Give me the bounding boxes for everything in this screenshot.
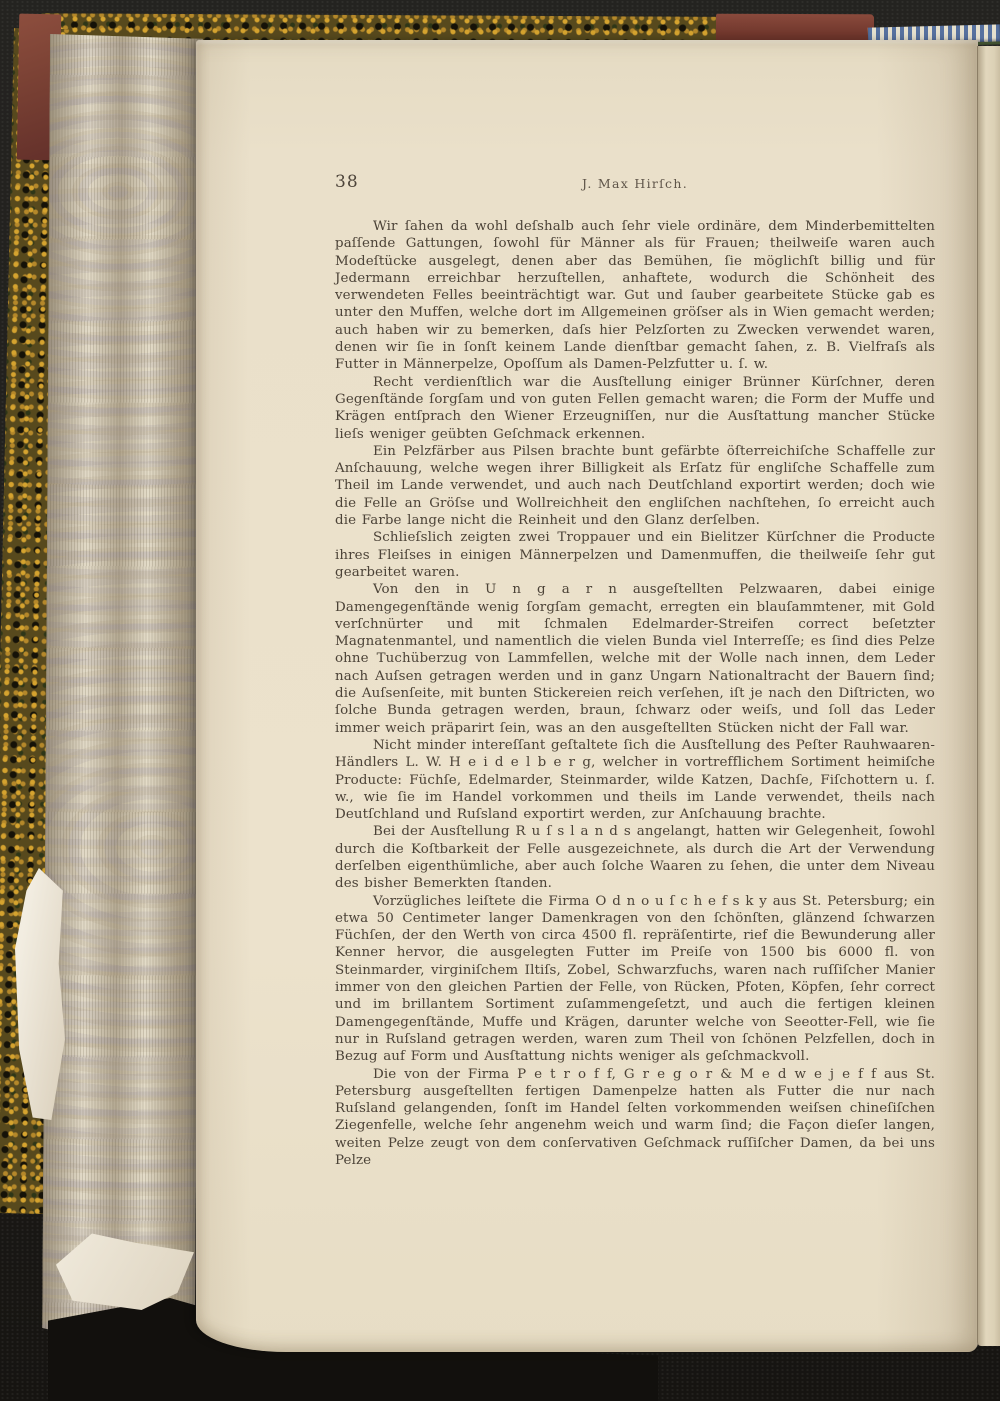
paragraph: Von den in U n g a r n ausgeſtellten Pel… <box>335 581 935 737</box>
paragraph: Ein Pelzfärber aus Pilsen brachte bunt g… <box>335 443 935 529</box>
text-block: Wir ſahen da wohl deſshalb auch ſehr vie… <box>335 218 935 1169</box>
facing-page-sliver <box>977 46 1000 1346</box>
paragraph: Wir ſahen da wohl deſshalb auch ſehr vie… <box>335 218 935 374</box>
paragraph: Bei der Ausſtellung R u ſ s l a n d s an… <box>335 823 935 892</box>
scanned-book-photo: 38 J. Max Hirſch. Wir ſahen da wohl deſs… <box>0 0 1000 1401</box>
running-header: J. Max Hirſch. <box>335 176 935 191</box>
page-block-fore-edge <box>42 34 203 1346</box>
paragraph: Schlieſslich zeigten zwei Troppauer und … <box>335 529 935 581</box>
page-header: 38 J. Max Hirſch. <box>335 172 935 198</box>
paragraph: Die von der Firma P e t r o f f, G r e g… <box>335 1066 935 1170</box>
book-page: 38 J. Max Hirſch. Wir ſahen da wohl deſs… <box>196 40 978 1352</box>
paragraph: Nicht minder intereſſant geſtaltete ſich… <box>335 737 935 823</box>
leather-spine-edge <box>716 14 874 42</box>
paragraph: Recht verdienſtlich war die Ausſtellung … <box>335 374 935 443</box>
paragraph: Vorzügliches leiſtete die Firma O d n o … <box>335 893 935 1066</box>
